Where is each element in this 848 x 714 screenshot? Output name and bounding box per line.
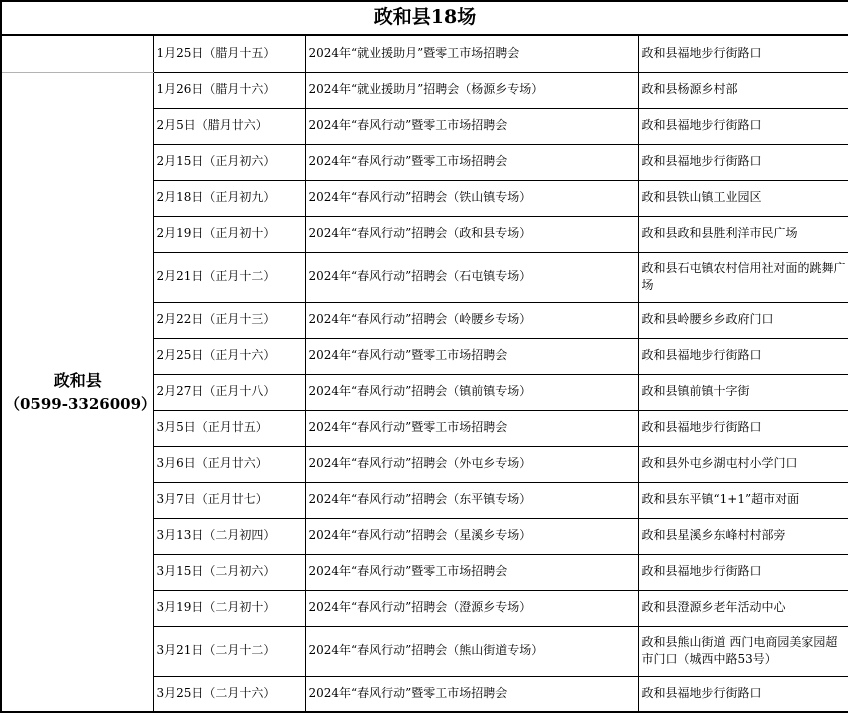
event-cell: 2024年“春风行动”招聘会（政和县专场）: [305, 216, 638, 252]
job-fair-schedule-table: 政和县18场 1月25日（腊月十五） 2024年“就业援助月”暨零工市场招聘会 …: [0, 0, 848, 713]
location-cell: 政和县石屯镇农村信用社对面的跳舞广场: [638, 252, 848, 302]
event-cell: 2024年“春风行动”招聘会（东平镇专场）: [305, 482, 638, 518]
location-cell: 政和县东平镇“1+1”超市对面: [638, 482, 848, 518]
location-cell: 政和县铁山镇工业园区: [638, 180, 848, 216]
location-cell: 政和县镇前镇十字街: [638, 374, 848, 410]
event-cell: 2024年“春风行动”招聘会（熊山街道专场）: [305, 626, 638, 676]
date-cell: 2月22日（正月十三）: [153, 302, 305, 338]
location-cell: 政和县澄源乡老年活动中心: [638, 590, 848, 626]
county-header: 政和县 （0599-3326009）: [1, 72, 153, 712]
location-cell: 政和县福地步行街路口: [638, 676, 848, 712]
date-cell: 1月25日（腊月十五）: [153, 35, 305, 72]
event-cell: 2024年“春风行动”招聘会（铁山镇专场）: [305, 180, 638, 216]
event-cell: 2024年“春风行动”招聘会（镇前镇专场）: [305, 374, 638, 410]
date-cell: 2月27日（正月十八）: [153, 374, 305, 410]
table-title-row: 政和县18场: [1, 1, 848, 35]
event-cell: 2024年“春风行动”暨零工市场招聘会: [305, 108, 638, 144]
event-cell: 2024年“春风行动”暨零工市场招聘会: [305, 144, 638, 180]
county-name: 政和县: [5, 369, 151, 393]
event-cell: 2024年“春风行动”招聘会（石屯镇专场）: [305, 252, 638, 302]
location-cell: 政和县福地步行街路口: [638, 554, 848, 590]
event-cell: 2024年“就业援助月”招聘会（杨源乡专场）: [305, 72, 638, 108]
date-cell: 3月6日（正月廿六）: [153, 446, 305, 482]
event-cell: 2024年“春风行动”暨零工市场招聘会: [305, 676, 638, 712]
location-cell: 政和县杨源乡村部: [638, 72, 848, 108]
location-cell: 政和县熊山街道 西门电商园美家园超市门口（城西中路53号）: [638, 626, 848, 676]
date-cell: 3月25日（二月十六）: [153, 676, 305, 712]
event-cell: 2024年“春风行动”招聘会（外屯乡专场）: [305, 446, 638, 482]
table-title: 政和县18场: [1, 1, 848, 35]
date-cell: 2月25日（正月十六）: [153, 338, 305, 374]
location-cell: 政和县福地步行街路口: [638, 410, 848, 446]
event-cell: 2024年“春风行动”招聘会（澄源乡专场）: [305, 590, 638, 626]
date-cell: 2月15日（正月初六）: [153, 144, 305, 180]
location-cell: 政和县福地步行街路口: [638, 144, 848, 180]
county-empty-cell: [1, 35, 153, 72]
date-cell: 3月21日（二月十二）: [153, 626, 305, 676]
event-cell: 2024年“春风行动”暨零工市场招聘会: [305, 338, 638, 374]
table-row: 政和县 （0599-3326009） 1月26日（腊月十六） 2024年“就业援…: [1, 72, 848, 108]
date-cell: 3月13日（二月初四）: [153, 518, 305, 554]
date-cell: 3月7日（正月廿七）: [153, 482, 305, 518]
event-cell: 2024年“春风行动”招聘会（岭腰乡专场）: [305, 302, 638, 338]
location-cell: 政和县福地步行街路口: [638, 108, 848, 144]
location-cell: 政和县福地步行街路口: [638, 35, 848, 72]
date-cell: 1月26日（腊月十六）: [153, 72, 305, 108]
date-cell: 2月18日（正月初九）: [153, 180, 305, 216]
county-phone: （0599-3326009）: [5, 393, 151, 416]
location-cell: 政和县福地步行街路口: [638, 338, 848, 374]
location-cell: 政和县岭腰乡乡政府门口: [638, 302, 848, 338]
date-cell: 3月19日（二月初十）: [153, 590, 305, 626]
date-cell: 3月15日（二月初六）: [153, 554, 305, 590]
date-cell: 2月21日（正月十二）: [153, 252, 305, 302]
date-cell: 2月5日（腊月廿六）: [153, 108, 305, 144]
date-cell: 2月19日（正月初十）: [153, 216, 305, 252]
event-cell: 2024年“春风行动”招聘会（星溪乡专场）: [305, 518, 638, 554]
location-cell: 政和县外屯乡湖屯村小学门口: [638, 446, 848, 482]
event-cell: 2024年“就业援助月”暨零工市场招聘会: [305, 35, 638, 72]
table-row: 1月25日（腊月十五） 2024年“就业援助月”暨零工市场招聘会 政和县福地步行…: [1, 35, 848, 72]
date-cell: 3月5日（正月廿五）: [153, 410, 305, 446]
event-cell: 2024年“春风行动”暨零工市场招聘会: [305, 554, 638, 590]
event-cell: 2024年“春风行动”暨零工市场招聘会: [305, 410, 638, 446]
location-cell: 政和县政和县胜利洋市民广场: [638, 216, 848, 252]
location-cell: 政和县星溪乡东峰村村部旁: [638, 518, 848, 554]
